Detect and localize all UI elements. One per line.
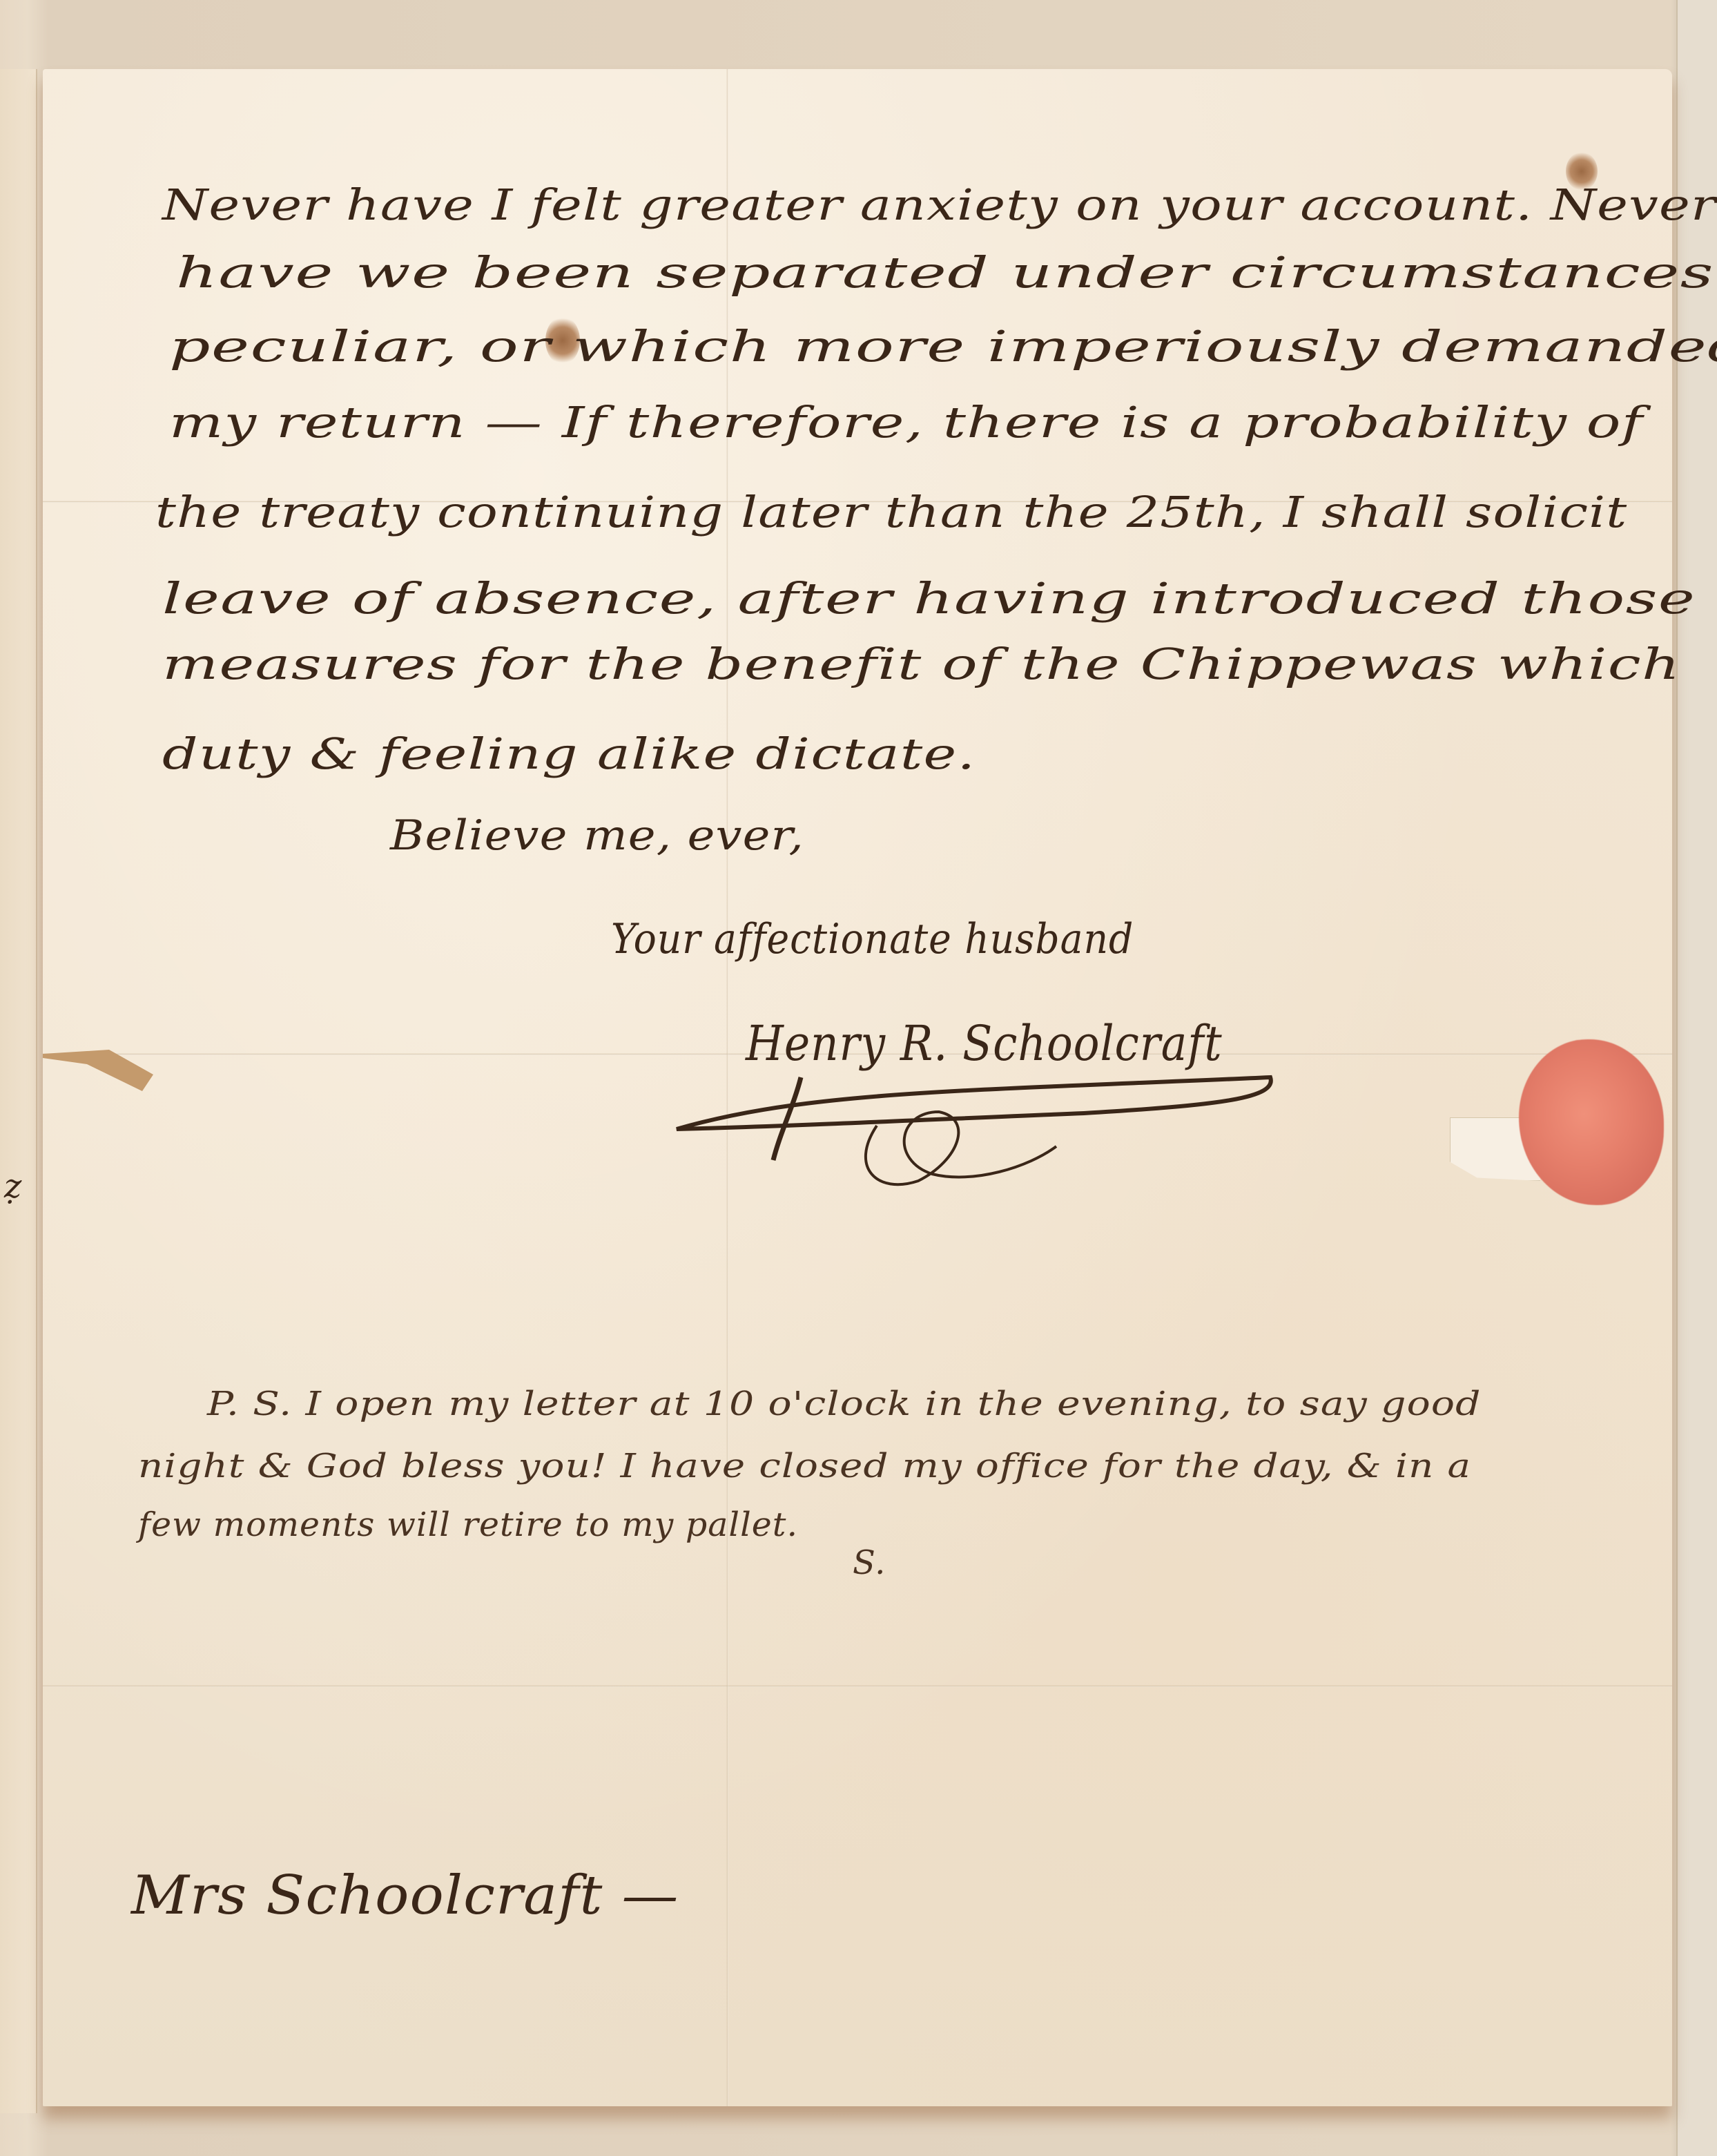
- letter-body-line: Never have I felt greater anxiety on you…: [162, 180, 1716, 230]
- closing-line: Believe me, ever,: [390, 811, 804, 860]
- margin-fragment: ẓ: [4, 1167, 21, 1206]
- letter-body-line: leave of absence, after having introduce…: [162, 573, 1696, 624]
- postscript-line: night & God bless you! I have closed my …: [138, 1447, 1471, 1485]
- postscript-initial: S.: [853, 1543, 886, 1582]
- letter-body-line: my return — If therefore, there is a pro…: [169, 397, 1644, 447]
- signature-flourish: [670, 1063, 1277, 1202]
- letter-body-line: peculiar, or which more imperiously dema…: [169, 321, 1717, 372]
- letter-body-line: the treaty continuing later than the 25t…: [155, 487, 1627, 537]
- closing-line: Your affectionate husband: [611, 915, 1134, 963]
- fold-line-horizontal: [43, 1685, 1672, 1687]
- letter-body-line: have we been separated under circumstanc…: [176, 247, 1717, 298]
- letter-body-line: measures for the benefit of the Chippewa…: [162, 639, 1681, 689]
- adjacent-page-edge-left: [0, 69, 37, 2113]
- postscript-line: few moments will retire to my pallet.: [138, 1505, 798, 1544]
- postscript-line: P. S. I open my letter at 10 o'clock in …: [207, 1385, 1482, 1423]
- address-line: Mrs Schoolcraft —: [131, 1865, 679, 1927]
- letter-body-line: duty & feeling alike dictate.: [162, 729, 976, 779]
